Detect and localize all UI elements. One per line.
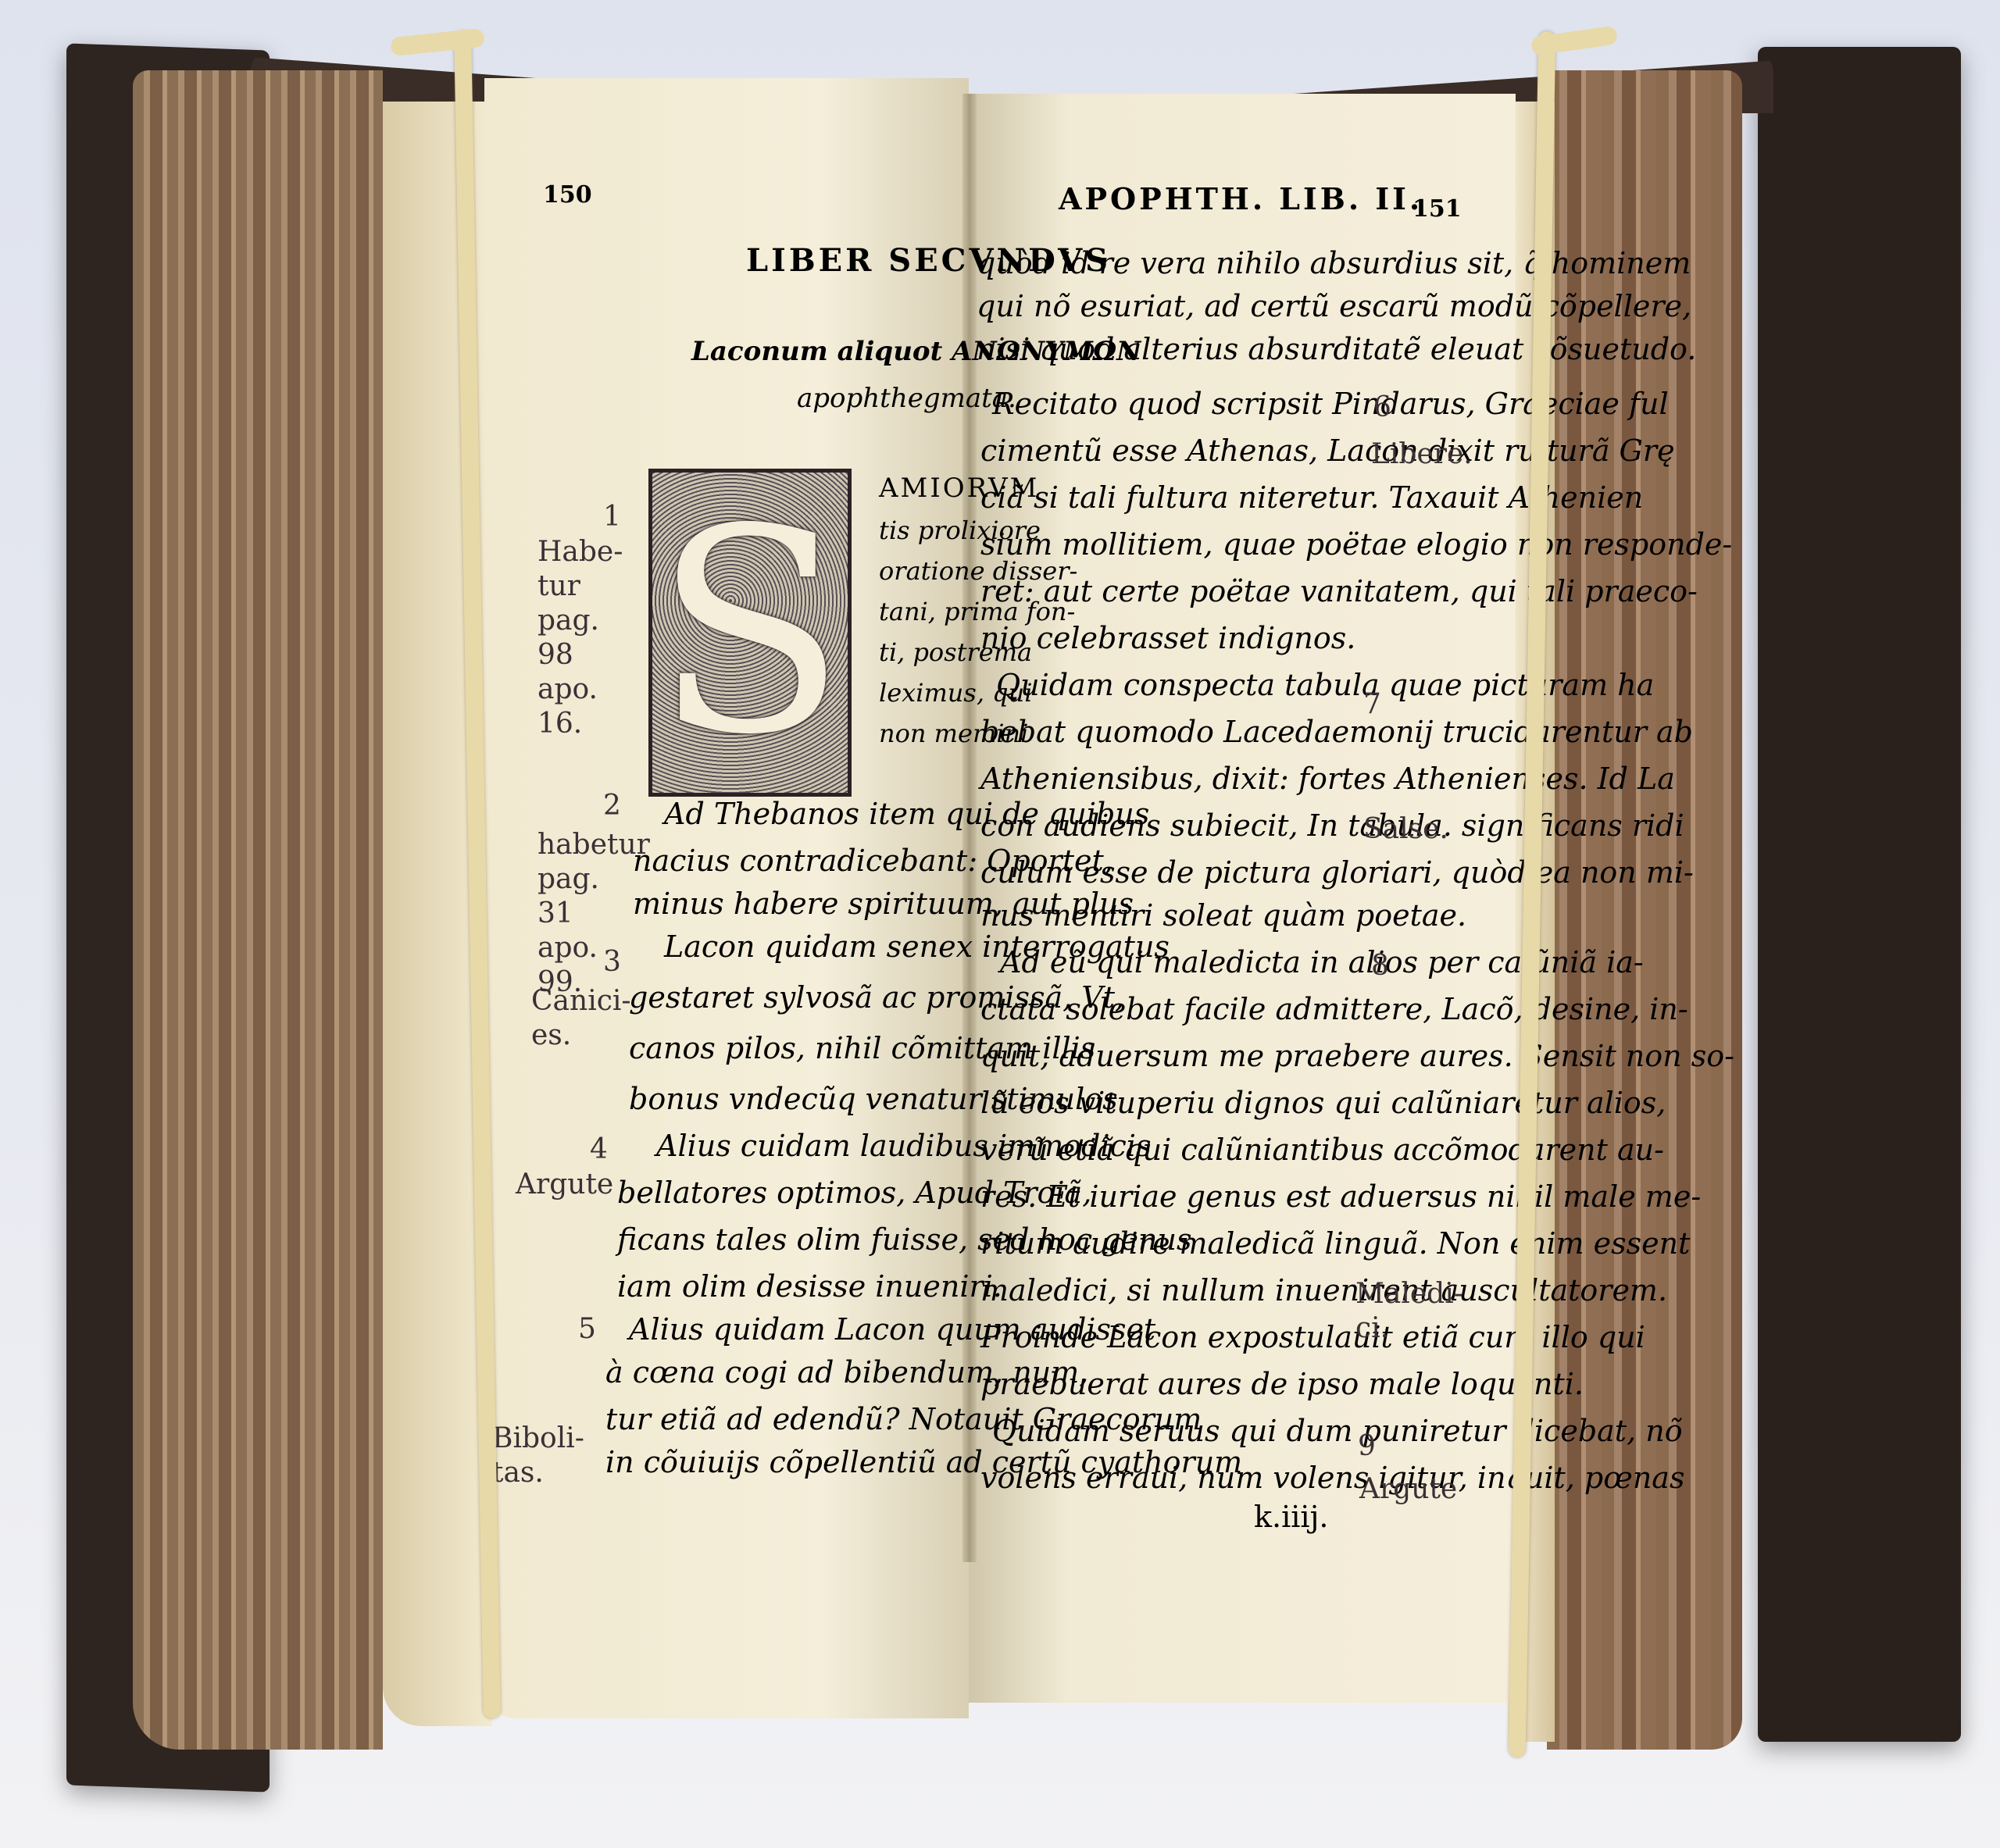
right-line: con audiens subiecit, In tabula. signifi… [980,808,1684,843]
right-line: Proinde Lacon expostulauit etiã cum illo… [980,1320,1645,1354]
right-line: res. Et iuriae genus est aduersus nihil … [980,1179,1701,1214]
margin-note: Habe-tur pag. 98 apo. 16. [537,535,608,741]
margin-note: Canici-es. [531,984,609,1053]
margin-note-number: 2 [603,789,621,823]
right-line: maledici, si nullum inuenirent auscultat… [980,1273,1667,1308]
margin-note-number: 6 [1373,391,1391,425]
right-line: Quidam conspecta tabula quae picturam ha [996,668,1654,702]
right-line: ctata solebat facile admittere, Lacõ, de… [980,992,1688,1026]
right-line: nisi quod alterius absurditatẽ eleuat cõ… [977,332,1696,366]
decorated-initial-s: S [648,469,852,797]
margin-note: Salse. [1363,812,1448,847]
right-line: verũ etiã qui calũniantibus accõmodarent… [980,1133,1664,1167]
margin-note: Argute [1359,1472,1457,1507]
margin-note-number: 7 [1363,687,1381,722]
margin-note: Argute [516,1168,613,1202]
margin-note-number: 1 [603,500,621,534]
page-edges-left [133,70,383,1750]
signature-mark: k.iiij. [1254,1500,1328,1534]
right-line: bebat quomodo Lacedaemonij trucidarentur… [980,715,1693,749]
margin-note: Libere. [1371,437,1473,472]
margin-note-number: 4 [590,1133,608,1167]
right-line: sium mollitiem, quae poëtae elogio non r… [980,527,1732,562]
right-line: quit, aduersum me praebere aures. Sensit… [980,1039,1734,1073]
right-line: ritum audire maledicã linguã. Non enim e… [980,1226,1690,1261]
right-line: qui nõ esuriat, ad certũ escarũ modũ cõp… [977,289,1691,323]
initial-letter: S [654,492,847,773]
margin-note-number: 5 [578,1312,596,1347]
margin-note: Biboli-tas. [492,1422,578,1490]
right-line: praebuerat aures de ipso male loquenti. [980,1367,1584,1401]
section-subtitle: apophthegmata. [797,383,1016,414]
right-line: Quidam seruus qui dum puniretur dicebat,… [992,1414,1683,1448]
right-line: culum esse de pictura gloriari, quòd ea … [980,855,1694,890]
margin-note-number: 9 [1358,1429,1376,1464]
right-line: Ad eũ qui maledicta in alios per calũniã… [1000,945,1644,979]
margin-note-number: 3 [603,945,621,979]
rubber-band-top-right [1530,25,1618,55]
right-line: nus mentiri soleat quàm poetae. [980,898,1466,933]
right-line: lũ eos vituperiu dignos qui calũniarẽtur… [980,1086,1666,1120]
right-page-number: 151 [1412,195,1462,223]
right-line: volens erraui, num volens igitur, inquit… [980,1461,1684,1495]
left-page-number: 150 [543,181,592,209]
right-line: Atheniensibus, dixit: fortes Athenienses… [980,762,1675,796]
right-line: cimentũ esse Athenas, Lacon dixit ruitur… [980,433,1675,468]
right-line: Recitato quod scripsit Pindarus, Graecia… [992,387,1669,421]
right-line: quòd id re vera nihilo absurdius sit, q̃… [977,246,1691,280]
running-head: APOPHTH. LIB. II. [1059,181,1423,216]
right-line: nio celebrasset indignos. [980,621,1355,655]
right-line: ret: aut certe poëtae vanitatem, qui tal… [980,574,1698,608]
left-line: iam olim desisse inueniri. [617,1269,1002,1304]
book-cover-right [1758,47,1961,1742]
margin-note: Maledi-ci. [1355,1277,1426,1346]
margin-note-number: 8 [1371,949,1389,983]
